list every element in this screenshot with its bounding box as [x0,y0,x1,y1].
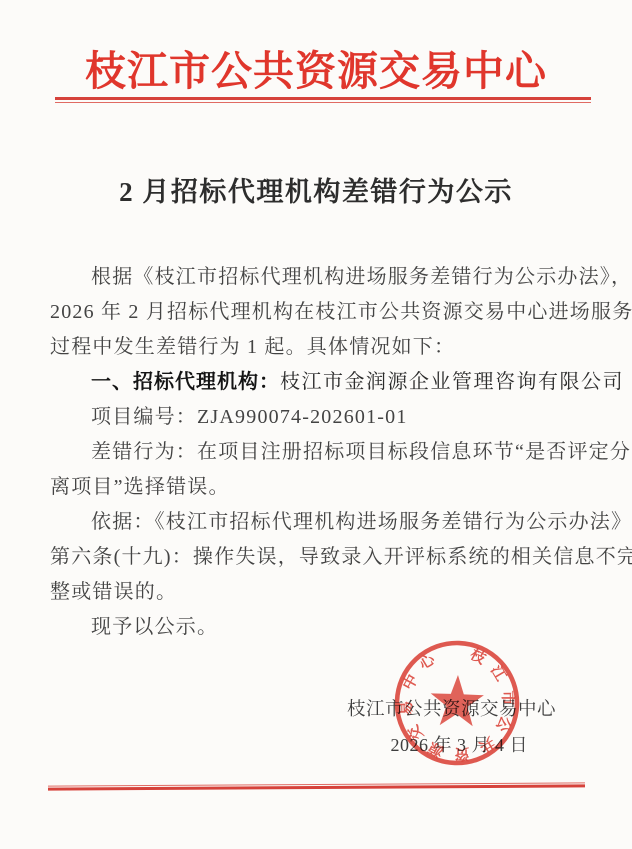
document-title: 2 月招标代理机构差错行为公示 [0,170,632,209]
scanned-document-page: 枝江市公共资源交易中心 2 月招标代理机构差错行为公示 根据《枝江市招标代理机构… [0,0,632,849]
body-line-agency: 一、招标代理机构：枝江市金润源企业管理咨询有限公司 [50,365,590,400]
agency-company-name: 枝江市金润源企业管理咨询有限公司 [280,371,624,393]
letterhead-rule-thin [55,102,591,103]
body-line-project-number: 项目编号：ZJA990074-202601-01 [50,400,590,435]
body-line: 离项目”选择错误。 [50,470,590,505]
body-line: 第六条(十九)：操作失误，导致录入开评标系统的相关信息不完 [50,540,590,575]
agency-label: 一、招标代理机构： [91,371,280,393]
letterhead-title: 枝江市公共资源交易中心 [0,38,632,97]
seal-star-icon [430,674,485,727]
body-line: 根据《枝江市招标代理机构进场服务差错行为公示办法》， [50,260,590,295]
document-body: 根据《枝江市招标代理机构进场服务差错行为公示办法》， 2026 年 2 月招标代… [50,260,590,645]
body-line: 2026 年 2 月招标代理机构在枝江市公共资源交易中心进场服务 [50,295,590,330]
letterhead-rule-thick [55,97,591,100]
body-line: 差错行为：在项目注册招标项目标段信息环节“是否评定分 [50,435,590,470]
footer-rule [48,782,585,791]
body-line: 依据：《枝江市招标代理机构进场服务差错行为公示办法》 [50,505,590,540]
body-line: 整或错误的。 [50,575,590,610]
body-line: 过程中发生差错行为 1 起。具体情况如下： [50,330,590,365]
official-seal-stamp-icon: 枝江市公共资源交易中心 [379,625,534,780]
